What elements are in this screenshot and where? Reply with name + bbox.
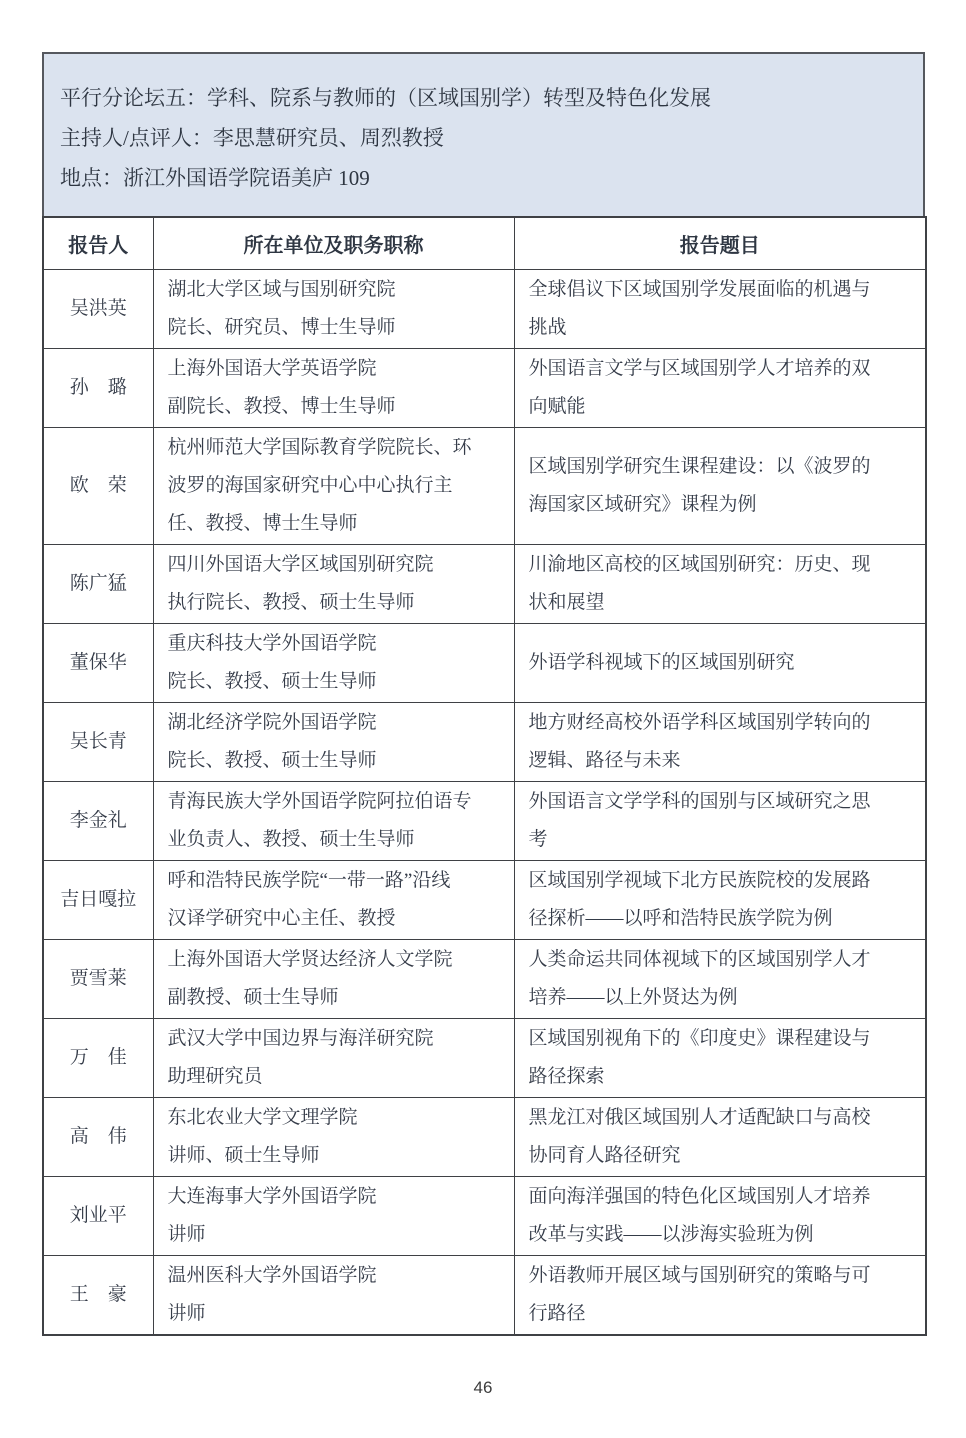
- table-row: 贾雪莱 上海外国语大学贤达经济人文学院 副教授、硕士生导师 人类命运共同体视域下…: [43, 939, 926, 1018]
- speaker-name: 欧 荣: [43, 427, 153, 544]
- table-row: 吴洪英 湖北大学区域与国别研究院 院长、研究员、博士生导师 全球倡议下区域国别学…: [43, 269, 926, 348]
- speaker-name: 陈广猛: [43, 544, 153, 623]
- report-title: 区域国别学视域下北方民族院校的发展路 径探析——以呼和浩特民族学院为例: [514, 860, 926, 939]
- report-title: 川渝地区高校的区域国别研究：历史、现 状和展望: [514, 544, 926, 623]
- speaker-affiliation: 上海外国语大学贤达经济人文学院 副教授、硕士生导师: [153, 939, 514, 1018]
- speaker-affiliation: 四川外国语大学区域国别研究院 执行院长、教授、硕士生导师: [153, 544, 514, 623]
- speaker-affiliation: 重庆科技大学外国语学院 院长、教授、硕士生导师: [153, 623, 514, 702]
- speaker-name: 刘业平: [43, 1176, 153, 1255]
- report-title: 地方财经高校外语学科区域国别学转向的 逻辑、路径与未来: [514, 702, 926, 781]
- speaker-name: 孙 璐: [43, 348, 153, 427]
- speaker-affiliation: 东北农业大学文理学院 讲师、硕士生导师: [153, 1097, 514, 1176]
- speaker-affiliation: 温州医科大学外国语学院 讲师: [153, 1255, 514, 1335]
- report-title: 黑龙江对俄区域国别人才适配缺口与高校 协同育人路径研究: [514, 1097, 926, 1176]
- table-row: 王 豪 温州医科大学外国语学院 讲师 外语教师开展区域与国别研究的策略与可 行路…: [43, 1255, 926, 1335]
- speaker-name: 李金礼: [43, 781, 153, 860]
- table-row: 陈广猛 四川外国语大学区域国别研究院 执行院长、教授、硕士生导师 川渝地区高校的…: [43, 544, 926, 623]
- speaker-name: 董保华: [43, 623, 153, 702]
- document-page: 平行分论坛五：学科、院系与教师的（区域国别学）转型及特色化发展 主持人/点评人：…: [42, 52, 925, 1336]
- table-row: 李金礼 青海民族大学外国语学院阿拉伯语专 业负责人、教授、硕士生导师 外国语言文…: [43, 781, 926, 860]
- table-row: 万 佳 武汉大学中国边界与海洋研究院 助理研究员 区域国别视角下的《印度史》课程…: [43, 1018, 926, 1097]
- table-row: 高 伟 东北农业大学文理学院 讲师、硕士生导师 黑龙江对俄区域国别人才适配缺口与…: [43, 1097, 926, 1176]
- report-title: 区域国别视角下的《印度史》课程建设与 路径探索: [514, 1018, 926, 1097]
- speaker-affiliation: 湖北经济学院外国语学院 院长、教授、硕士生导师: [153, 702, 514, 781]
- col-header-affiliation: 所在单位及职务职称: [153, 217, 514, 269]
- speaker-name: 吴洪英: [43, 269, 153, 348]
- report-title: 面向海洋强国的特色化区域国别人才培养 改革与实践——以涉海实验班为例: [514, 1176, 926, 1255]
- speaker-affiliation: 武汉大学中国边界与海洋研究院 助理研究员: [153, 1018, 514, 1097]
- forum-hosts: 主持人/点评人：李思慧研究员、周烈教授: [60, 118, 907, 158]
- speaker-affiliation: 杭州师范大学国际教育学院院长、环 波罗的海国家研究中心中心执行主 任、教授、博士…: [153, 427, 514, 544]
- table-row: 欧 荣 杭州师范大学国际教育学院院长、环 波罗的海国家研究中心中心执行主 任、教…: [43, 427, 926, 544]
- report-title: 人类命运共同体视域下的区域国别学人才 培养——以上外贤达为例: [514, 939, 926, 1018]
- table-row: 吴长青 湖北经济学院外国语学院 院长、教授、硕士生导师 地方财经高校外语学科区域…: [43, 702, 926, 781]
- speaker-name: 万 佳: [43, 1018, 153, 1097]
- speaker-affiliation: 青海民族大学外国语学院阿拉伯语专 业负责人、教授、硕士生导师: [153, 781, 514, 860]
- table-row: 吉日嘎拉 呼和浩特民族学院“一带一路”沿线 汉译学研究中心主任、教授 区域国别学…: [43, 860, 926, 939]
- forum-location: 地点：浙江外国语学院语美庐 109: [60, 158, 907, 198]
- report-title: 区域国别学研究生课程建设：以《波罗的 海国家区域研究》课程为例: [514, 427, 926, 544]
- speaker-name: 高 伟: [43, 1097, 153, 1176]
- table-row: 董保华 重庆科技大学外国语学院 院长、教授、硕士生导师 外语学科视域下的区域国别…: [43, 623, 926, 702]
- speaker-name: 贾雪莱: [43, 939, 153, 1018]
- speaker-name: 吴长青: [43, 702, 153, 781]
- report-title: 全球倡议下区域国别学发展面临的机遇与 挑战: [514, 269, 926, 348]
- report-title: 外国语言文学学科的国别与区域研究之思 考: [514, 781, 926, 860]
- report-title: 外国语言文学与区域国别学人才培养的双 向赋能: [514, 348, 926, 427]
- speaker-affiliation: 呼和浩特民族学院“一带一路”沿线 汉译学研究中心主任、教授: [153, 860, 514, 939]
- speaker-affiliation: 上海外国语大学英语学院 副院长、教授、博士生导师: [153, 348, 514, 427]
- report-title: 外语学科视域下的区域国别研究: [514, 623, 926, 702]
- table-row: 刘业平 大连海事大学外国语学院 讲师 面向海洋强国的特色化区域国别人才培养 改革…: [43, 1176, 926, 1255]
- speaker-name: 王 豪: [43, 1255, 153, 1335]
- col-header-speaker: 报告人: [43, 217, 153, 269]
- forum-header-box: 平行分论坛五：学科、院系与教师的（区域国别学）转型及特色化发展 主持人/点评人：…: [42, 52, 925, 216]
- speaker-name: 吉日嘎拉: [43, 860, 153, 939]
- page-number: 46: [0, 1378, 966, 1398]
- report-title: 外语教师开展区域与国别研究的策略与可 行路径: [514, 1255, 926, 1335]
- speaker-affiliation: 大连海事大学外国语学院 讲师: [153, 1176, 514, 1255]
- table-header-row: 报告人 所在单位及职务职称 报告题目: [43, 217, 926, 269]
- schedule-table: 报告人 所在单位及职务职称 报告题目 吴洪英 湖北大学区域与国别研究院 院长、研…: [42, 216, 927, 1336]
- col-header-topic: 报告题目: [514, 217, 926, 269]
- forum-title: 平行分论坛五：学科、院系与教师的（区域国别学）转型及特色化发展: [60, 78, 907, 118]
- table-row: 孙 璐 上海外国语大学英语学院 副院长、教授、博士生导师 外国语言文学与区域国别…: [43, 348, 926, 427]
- speaker-affiliation: 湖北大学区域与国别研究院 院长、研究员、博士生导师: [153, 269, 514, 348]
